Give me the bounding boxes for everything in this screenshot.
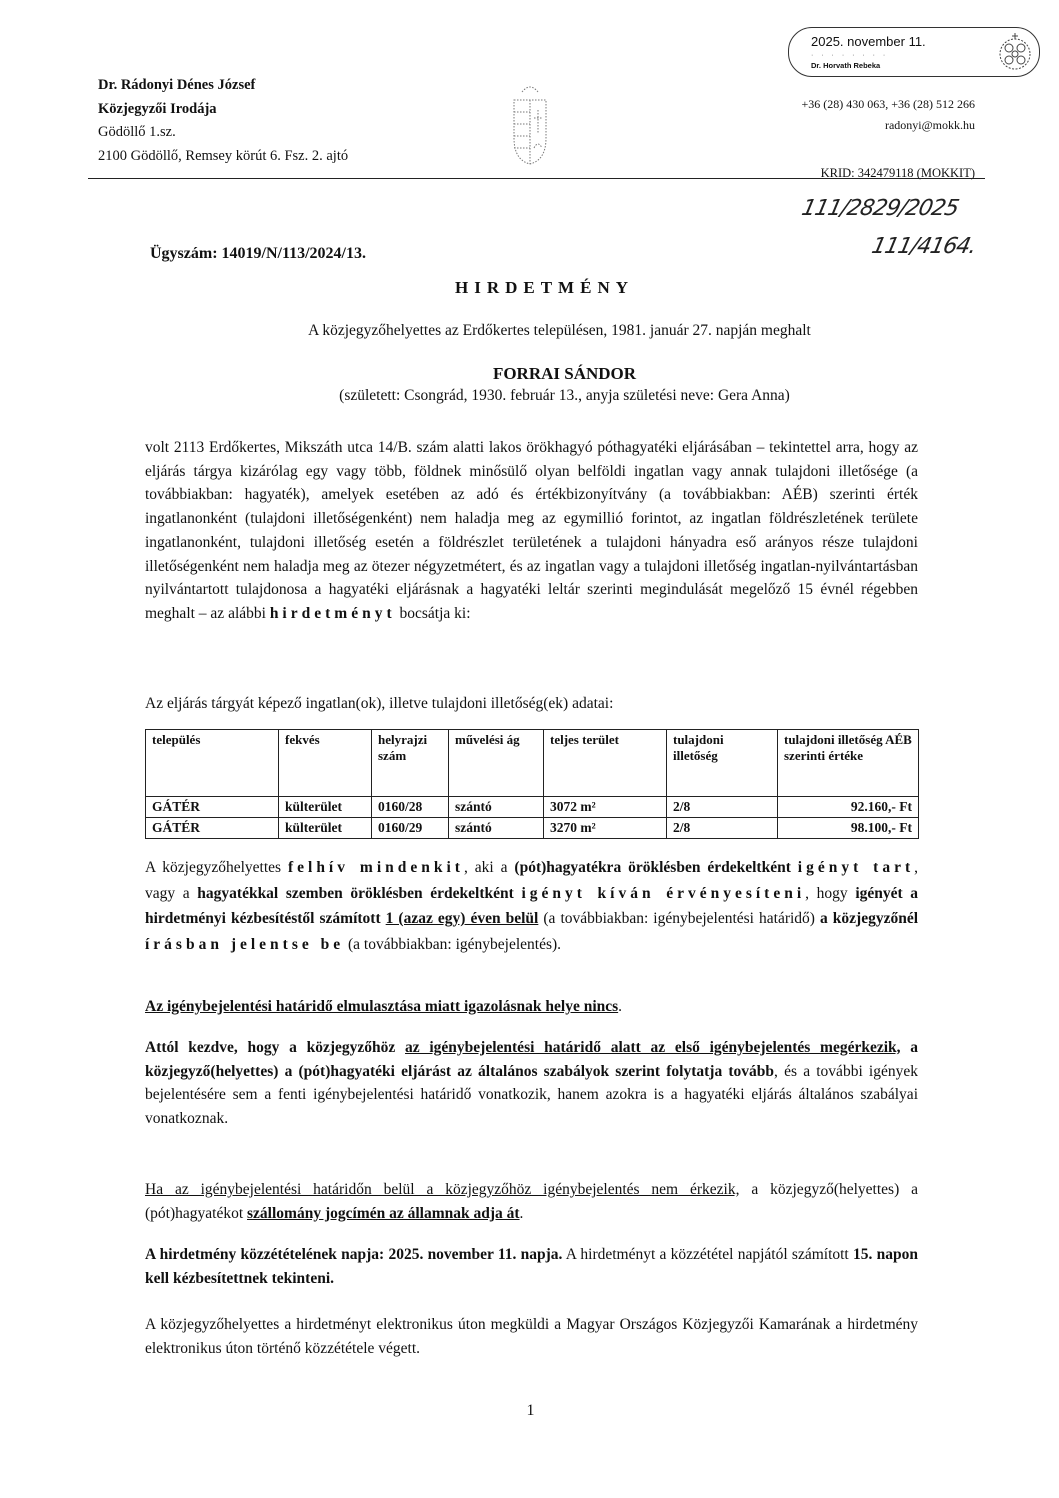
cell: külterület <box>279 797 372 818</box>
stamp-signer: Dr. Horvath Rebeka <box>811 61 880 70</box>
paragraph-publication-date: A hirdetmény közzétételének napja: 2025.… <box>145 1243 918 1290</box>
col-total-area: teljes terület <box>544 730 667 797</box>
col-location: fekvés <box>279 730 372 797</box>
paragraph-end: bocsátja ki: <box>399 605 470 622</box>
cell: 92.160,- Ft <box>778 797 919 818</box>
office-address: 2100 Gödöllő, Remsey körút 6. Fsz. 2. aj… <box>98 145 348 169</box>
document-title: HIRDETMÉNY <box>0 278 1059 298</box>
text: , aki a <box>464 859 508 876</box>
bold-underlined-text: szállomány jogcímén az államnak adja át <box>247 1205 520 1222</box>
paragraph-first-claim: Attól kezdve, hogy a közjegyzőhöz az igé… <box>145 1036 918 1130</box>
bold-text: Attól kezdve, hogy a közjegyzőhöz <box>145 1039 395 1056</box>
col-ownership-share: tulajdoni illetőség <box>667 730 778 797</box>
office-seat: Gödöllő 1.sz. <box>98 121 348 145</box>
deadline-text: 1 (azaz egy) éven belül <box>386 910 539 927</box>
text: , hogy <box>805 885 848 902</box>
official-seal-icon <box>995 30 1035 74</box>
col-settlement: település <box>146 730 279 797</box>
col-cultivation: művelési ág <box>449 730 544 797</box>
office-name: Közjegyzői Irodája <box>98 98 348 122</box>
bold-text: A hirdetmény közzétételének napja: 2025.… <box>145 1246 562 1263</box>
electronic-stamp: 2025. november 11. · · · · · · · · Dr. H… <box>788 27 1040 77</box>
deceased-name: FORRAI SÁNDOR <box>0 364 1059 384</box>
text: . <box>520 1205 524 1222</box>
bold-text: (pót)hagyatékra öröklésben érdekeltként <box>514 859 790 876</box>
header-divider <box>88 178 985 179</box>
notary-name: Dr. Rádonyi Dénes József <box>98 74 348 98</box>
bold-underlined-text: Az igénybejelentési határidő elmulasztás… <box>145 998 618 1015</box>
emphasis: igényt tart <box>798 859 914 876</box>
page-number: 1 <box>0 1402 1059 1420</box>
cell: 0160/29 <box>372 818 449 839</box>
stamp-faint-text: · · · · · · · · <box>811 52 888 59</box>
table-row: GÁTÉR külterület 0160/28 szántó 3072 m² … <box>146 797 919 818</box>
text: (a továbbiakban: igénybejelentési határi… <box>543 910 815 927</box>
bold-text: a közjegyzőnél <box>820 910 918 927</box>
cell: szántó <box>449 797 544 818</box>
cell: 3072 m² <box>544 797 667 818</box>
paragraph-no-claim: Ha az igénybejelentési határidőn belül a… <box>145 1178 918 1225</box>
cell: 2/8 <box>667 818 778 839</box>
property-table: település fekvés helyrajzi szám művelési… <box>145 729 919 839</box>
text: (a továbbiakban: igénybejelentés). <box>348 936 561 953</box>
text: A közjegyzőhelyettes <box>145 859 281 876</box>
underlined-text: Ha az igénybejelentési határidőn belül a… <box>145 1181 739 1198</box>
paragraph-call-to-claim: A közjegyzőhelyettes felhív mindenkit, a… <box>145 855 918 957</box>
office-phone: +36 (28) 430 063, +36 (28) 512 266 <box>801 94 975 115</box>
emphasis: igényt kíván érvényesíteni <box>521 885 805 902</box>
text: a <box>751 1181 758 1198</box>
paragraph-electronic-delivery: A közjegyzőhelyettes a hirdetményt elekt… <box>145 1313 918 1360</box>
bold-text: hagyatékkal szemben öröklésben érdekeltk… <box>197 885 514 902</box>
col-share-value: tulajdoni illetőség AÉB szerinti értéke <box>778 730 919 797</box>
cell: külterület <box>279 818 372 839</box>
cell: GÁTÉR <box>146 797 279 818</box>
cell: 0160/28 <box>372 797 449 818</box>
stamp-date: 2025. november 11. <box>811 34 926 49</box>
office-header: Dr. Rádonyi Dénes József Közjegyzői Irod… <box>98 74 348 168</box>
hungarian-coat-of-arms-icon <box>510 78 550 168</box>
emphasis-notice: hirdetményt <box>270 605 396 622</box>
intro-line: A közjegyzőhelyettes az Erdőkertes telep… <box>0 322 1059 340</box>
cell: szántó <box>449 818 544 839</box>
deceased-birth-details: (született: Csongrád, 1930. február 13.,… <box>0 387 1059 405</box>
paragraph-text: volt 2113 Erdőkertes, Mikszáth utca 14/B… <box>145 439 918 622</box>
handwritten-reference: 111/4164. <box>869 234 978 259</box>
handwritten-registration-number: 111/2829/2025 <box>799 196 960 221</box>
paragraph-no-excuse: Az igénybejelentési határidő elmulasztás… <box>145 995 918 1019</box>
office-email: radonyi@mokk.hu <box>885 115 975 136</box>
paragraph-procedure: volt 2113 Erdőkertes, Mikszáth utca 14/B… <box>145 436 918 626</box>
text: . <box>618 998 622 1015</box>
cell: 98.100,- Ft <box>778 818 919 839</box>
cell: GÁTÉR <box>146 818 279 839</box>
bold-underlined-text: az igénybejelentési határidő alatt az el… <box>405 1039 901 1056</box>
table-header-row: település fekvés helyrajzi szám művelési… <box>146 730 919 797</box>
case-number: Ügyszám: 14019/N/113/2024/13. <box>150 245 366 263</box>
table-row: GÁTÉR külterület 0160/29 szántó 3270 m² … <box>146 818 919 839</box>
col-parcel-number: helyrajzi szám <box>372 730 449 797</box>
cell: 2/8 <box>667 797 778 818</box>
table-intro: Az eljárás tárgyát képező ingatlan(ok), … <box>145 692 918 716</box>
krid-number: KRID: 342479118 (MOKKIT) <box>821 163 975 184</box>
emphasis: felhív mindenkit <box>288 859 464 876</box>
emphasis: írásban jelentse be <box>145 936 344 953</box>
cell: 3270 m² <box>544 818 667 839</box>
text: A hirdetményt a közzététel napjától szám… <box>566 1246 849 1263</box>
